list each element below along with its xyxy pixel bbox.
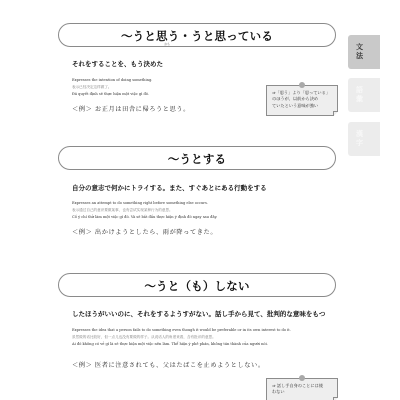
section-1-lead: それをすることを、もう決めた [72,59,163,68]
section-2-chinese: 表示通过自己的意识要做某事，也有尝试实现某种行为的意思。 [72,208,173,213]
section-1-vietnamese: Đã quyết định sẽ thực hiện một việc gì đ… [72,92,149,96]
section-2-example: ＜例＞ 出かけようとしたら、雨が降ってきた。 [72,227,217,236]
section-3-chinese: 虽然做的话比较好，但一点儿也没有要做的样子。从说话人的角度来看，含有批评的意思。 [72,335,216,340]
section-3-note-line-2: わない [272,389,332,395]
section-3-lead: したほうがいいのに、それをするようすがない。話し手から見て、批判的な意味をもつ [72,309,325,318]
pin-icon [299,82,305,88]
section-2-lead: 自分の意志で何かにトライする。また、すぐあとにある行動をする [72,183,267,192]
section-3-note: ⇒ 話し手自身のことには使 わない [266,378,338,400]
section-1-chinese: 表示已经决定这样做了。 [72,85,112,90]
section-2-title-pill: ～うとする [58,146,336,170]
side-tab-vocabulary-label-2: 彙 [356,95,380,104]
section-1-note: ⇒「思う」より「思っている」 のほうが、以前から決め ていたという意味が強い [266,85,338,116]
side-tab-vocabulary-label-1: 語 [356,86,380,95]
side-tab-kanji[interactable]: 漢 字 [348,122,380,156]
side-tab-grammar-label-2: 法 [356,52,380,61]
section-3-title: ～うと（も）しない [59,278,335,294]
side-tab-kanji-label-2: 字 [356,139,380,148]
section-3-vietnamese: Ai đó không có vẻ gì là sẽ thực hiện một… [72,342,268,346]
pin-icon [299,375,305,381]
section-1-note-line-3: ていたという意味が強い [272,103,332,109]
section-1-english: Expresses the intention of doing somethi… [72,78,152,82]
side-tab-grammar[interactable]: 文 法 [348,35,380,69]
section-2-title: ～うとする [59,151,335,167]
section-2-vietnamese: Cố ý chí thử làm một việc gì đó. Và sẽ b… [72,215,217,219]
page-curl-icon [333,111,338,116]
section-1-title-ruby: おも [164,42,170,46]
section-1-example: ＜例＞ お正月は田舎に帰ろうと思う。 [72,104,190,113]
section-3-title-pill: ～うと（も）しない [58,273,336,297]
side-tab-kanji-label-1: 漢 [356,130,380,139]
section-2-english: Expresses an attempt to do something rig… [72,201,208,205]
section-3-english: Expresses the idea that a person fails t… [72,328,291,332]
section-3-example: ＜例＞ 医者に注意されても、父はたばこを止めようとしない。 [72,360,265,369]
side-tab-grammar-label-1: 文 [356,43,380,52]
section-1-title: ～うと思う・うと思っている [59,28,335,44]
side-tab-vocabulary[interactable]: 語 彙 [348,78,380,112]
section-1-title-pill: ～うと思う・うと思っている おも [58,23,336,47]
